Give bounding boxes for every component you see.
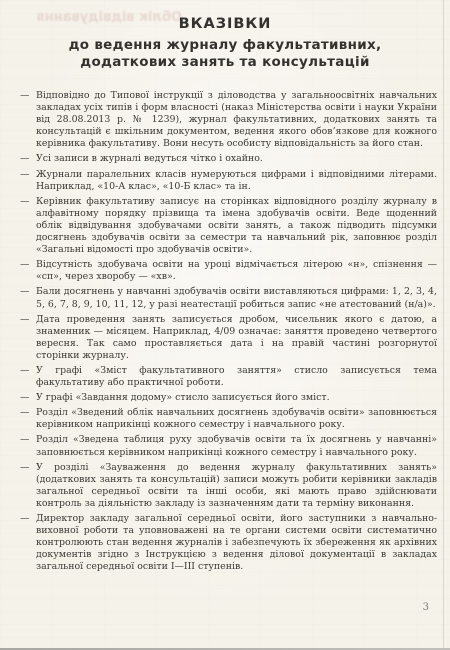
bullet-dash: — xyxy=(20,407,29,419)
page-edge-right xyxy=(443,0,444,650)
bullet-dash: — xyxy=(20,259,29,271)
instruction-item: — Журнали паралельних класів нумеруються… xyxy=(20,169,437,193)
instruction-text: Відсутність здобувача освіти на уроці ві… xyxy=(36,259,437,282)
instruction-item: — Розділ «Зведена таблиця руху здобувачі… xyxy=(20,434,437,458)
page-title: ВКАЗІВКИ xyxy=(0,16,450,32)
bullet-dash: — xyxy=(20,462,29,474)
instruction-text: У графі «Зміст факультативного заняття» … xyxy=(36,365,437,388)
instruction-item: — У графі «Зміст факультативного заняття… xyxy=(20,365,437,389)
instruction-item: — Відповідно до Типової інструкції з діл… xyxy=(20,90,437,150)
bullet-dash: — xyxy=(20,90,29,102)
instruction-item: — Директор закладу загальної середньої о… xyxy=(20,513,437,573)
instruction-text: Директор закладу загальної середньої осв… xyxy=(36,513,437,572)
bullet-dash: — xyxy=(20,513,29,525)
instruction-item: — Бали досягнень у навчанні здобувачів о… xyxy=(20,286,437,310)
instruction-text: У розділі «Зауваження до ведення журналу… xyxy=(36,462,437,509)
page-subtitle-line2: додаткових занять та консультацій xyxy=(0,54,450,71)
page-number: 3 xyxy=(423,602,429,613)
bullet-dash: — xyxy=(20,169,29,181)
instruction-text: Керівник факультативу записує на сторінк… xyxy=(36,196,437,255)
page-subtitle: до ведення журналу факультативних, додат… xyxy=(0,37,450,70)
instruction-item: — У графі «Завдання додому» стисло запис… xyxy=(20,392,437,404)
page-subtitle-line1: до ведення журналу факультативних, xyxy=(0,37,450,54)
instruction-text: Журнали паралельних класів нумеруються ц… xyxy=(36,169,437,192)
instruction-text: Розділ «Зведена таблиця руху здобувачів … xyxy=(36,434,437,457)
instruction-item: — Усі записи в журналі ведуться чітко і … xyxy=(20,153,437,165)
instruction-text: Усі записи в журналі ведуться чітко і ох… xyxy=(36,153,263,164)
document-page: Облік відвідування ВКАЗІВКИ до ведення ж… xyxy=(0,0,450,650)
instruction-item: — Керівник факультативу записує на сторі… xyxy=(20,196,437,256)
bullet-dash: — xyxy=(20,153,29,165)
instruction-text: Бали досягнень у навчанні здобувачів осв… xyxy=(36,286,437,309)
instructions-list: — Відповідно до Типової інструкції з діл… xyxy=(20,90,437,576)
document-header: ВКАЗІВКИ до ведення журналу факультативн… xyxy=(0,16,450,70)
bullet-dash: — xyxy=(20,392,29,404)
bullet-dash: — xyxy=(20,286,29,298)
instruction-item: — Дата проведення занять записується дро… xyxy=(20,314,437,362)
bullet-dash: — xyxy=(20,434,29,446)
bullet-dash: — xyxy=(20,365,29,377)
instruction-item: — Відсутність здобувача освіти на уроці … xyxy=(20,259,437,283)
instruction-text: У графі «Завдання додому» стисло записує… xyxy=(36,392,330,403)
bullet-dash: — xyxy=(20,314,29,326)
instruction-text: Дата проведення занять записується дробо… xyxy=(36,314,437,361)
bullet-dash: — xyxy=(20,196,29,208)
instruction-item: — Розділ «Зведений облік навчальних дося… xyxy=(20,407,437,431)
instruction-item: — У розділі «Зауваження до ведення журна… xyxy=(20,462,437,510)
instruction-text: Відповідно до Типової інструкції з ділов… xyxy=(36,90,437,149)
instruction-text: Розділ «Зведений облік навчальних досягн… xyxy=(36,407,437,430)
